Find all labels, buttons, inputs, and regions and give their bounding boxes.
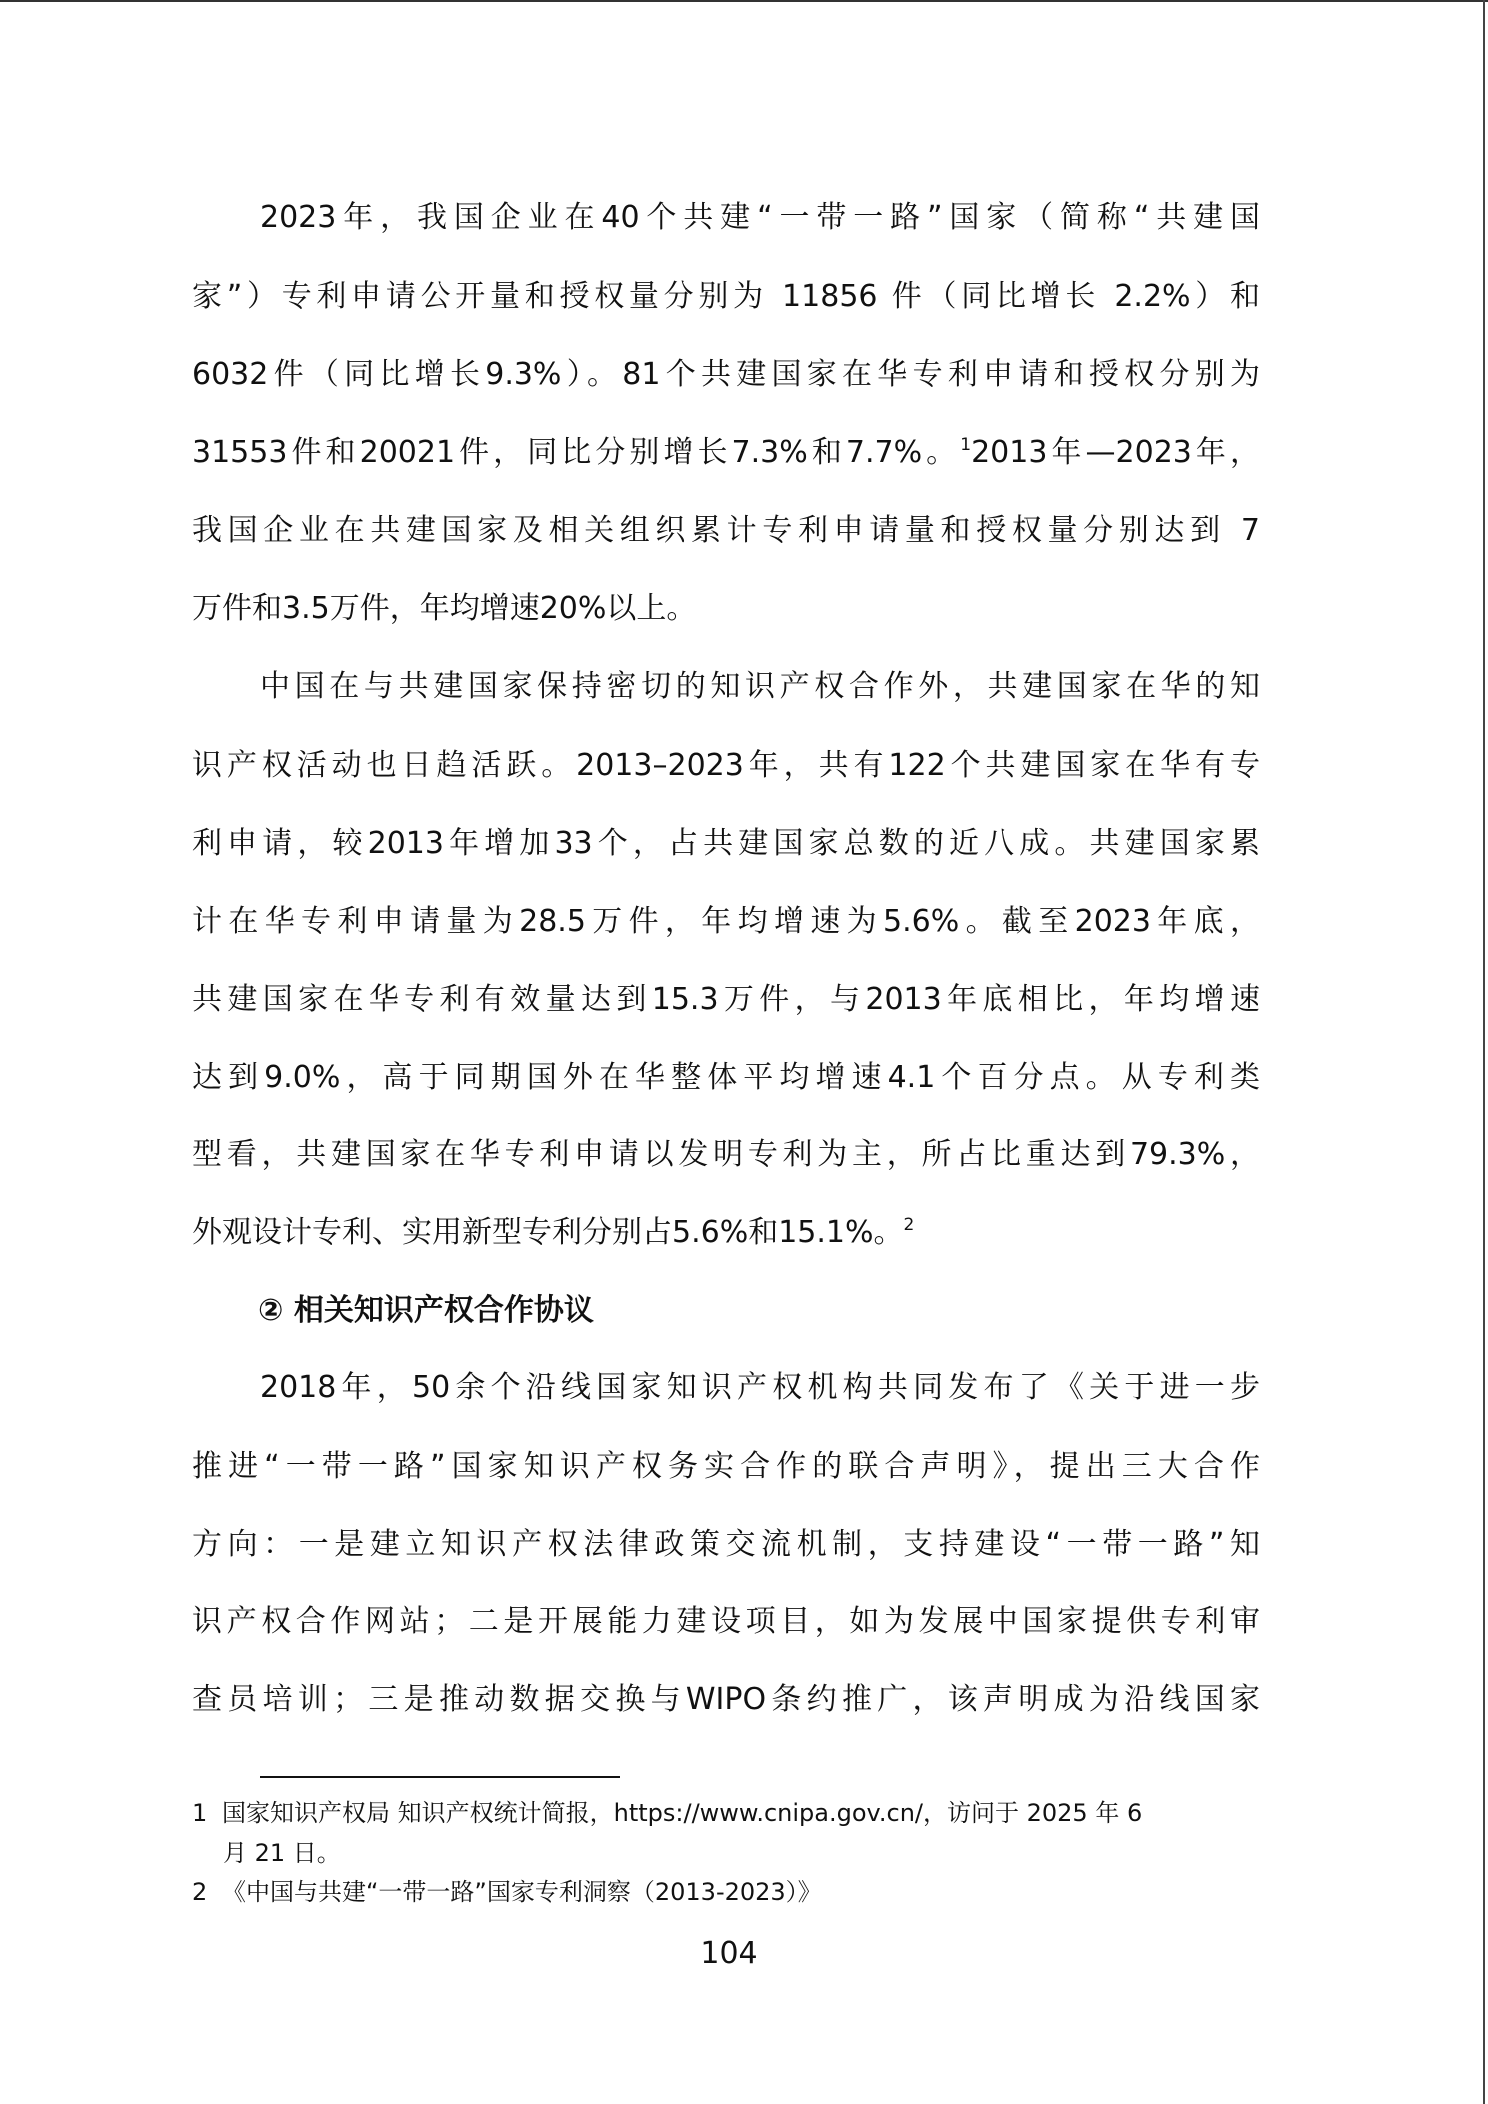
paragraph-line: 推进“一带一路”国家知识产权务实合作的联合声明》，提出三大合作 — [192, 1447, 1260, 1487]
paragraph-line: 2018年，50余个沿线国家知识产权机构共同发布了《关于进一步 — [260, 1368, 1260, 1408]
footnote-1-continuation: 月 21 日。 — [223, 1837, 341, 1869]
line-text: 2013年—2023年， — [971, 435, 1260, 470]
footnote-ref-2[interactable]: 2 — [904, 1215, 915, 1235]
footnote-2: 2《中国与共建“一带一路”国家专利洞察（2013-2023）》 — [192, 1876, 822, 1908]
footnote-separator — [260, 1776, 620, 1778]
paragraph-line: 万件和3.5万件，年均增速20%以上。 — [192, 589, 1260, 629]
paragraph-line: 中国在与共建国家保持密切的知识产权合作外，共建国家在华的知 — [260, 667, 1260, 707]
paragraph-line: 31553件和20021件，同比分别增长7.3%和7.7%。12013年—202… — [192, 433, 1260, 473]
paragraph-line: 查员培训；三是推动数据交换与WIPO条约推广，该声明成为沿线国家 — [192, 1680, 1260, 1720]
section-heading: ② 相关知识产权合作协议 — [258, 1291, 594, 1331]
footnote-number: 2 — [192, 1876, 222, 1908]
paragraph-line: 2023年，我国企业在40个共建“一带一路”国家（简称“共建国 — [260, 198, 1260, 238]
page-right-border — [1483, 0, 1485, 2104]
footnote-1: 1国家知识产权局 知识产权统计简报，https://www.cnipa.gov.… — [192, 1797, 1142, 1829]
footnote-number: 1 — [192, 1797, 222, 1829]
line-text: 外观设计专利、实用新型专利分别占5.6%和15.1%。 — [192, 1215, 904, 1250]
footnote-ref-1[interactable]: 1 — [960, 435, 971, 455]
paragraph-line: 识产权合作网站；二是开展能力建设项目，如为发展中国家提供专利审 — [192, 1602, 1260, 1642]
paragraph-line: 识产权活动也日趋活跃。2013–2023年，共有122个共建国家在华有专 — [192, 746, 1260, 786]
paragraph-line: 利申请，较2013年增加33个，占共建国家总数的近八成。共建国家累 — [192, 824, 1260, 864]
footnote-text[interactable]: 国家知识产权局 知识产权统计简报，https://www.cnipa.gov.c… — [222, 1799, 1142, 1827]
page-top-border — [0, 0, 1488, 2]
paragraph-line: 6032件（同比增长9.3%）。81个共建国家在华专利申请和授权分别为 — [192, 355, 1260, 395]
page-number: 104 — [0, 1936, 1458, 1972]
paragraph-line: 计在华专利申请量为28.5万件，年均增速为5.6%。截至2023年底， — [192, 902, 1260, 942]
paragraph-line: 达到9.0%，高于同期国外在华整体平均增速4.1个百分点。从专利类 — [192, 1058, 1260, 1098]
footnote-text: 《中国与共建“一带一路”国家专利洞察（2013-2023）》 — [222, 1878, 822, 1906]
paragraph-line: 共建国家在华专利有效量达到15.3万件，与2013年底相比，年均增速 — [192, 980, 1260, 1020]
line-text: 31553件和20021件，同比分别增长7.3%和7.7%。 — [192, 435, 960, 470]
paragraph-line: 方向：一是建立知识产权法律政策交流机制，支持建设“一带一路”知 — [192, 1525, 1260, 1565]
paragraph-line: 我国企业在共建国家及相关组织累计专利申请量和授权量分别达到 7 — [192, 511, 1260, 551]
paragraph-line: 外观设计专利、实用新型专利分别占5.6%和15.1%。2 — [192, 1213, 1260, 1253]
paragraph-line: 型看，共建国家在华专利申请以发明专利为主，所占比重达到79.3%， — [192, 1135, 1260, 1175]
paragraph-line: 家”）专利申请公开量和授权量分别为 11856 件（同比增长 2.2%）和 — [192, 277, 1260, 317]
